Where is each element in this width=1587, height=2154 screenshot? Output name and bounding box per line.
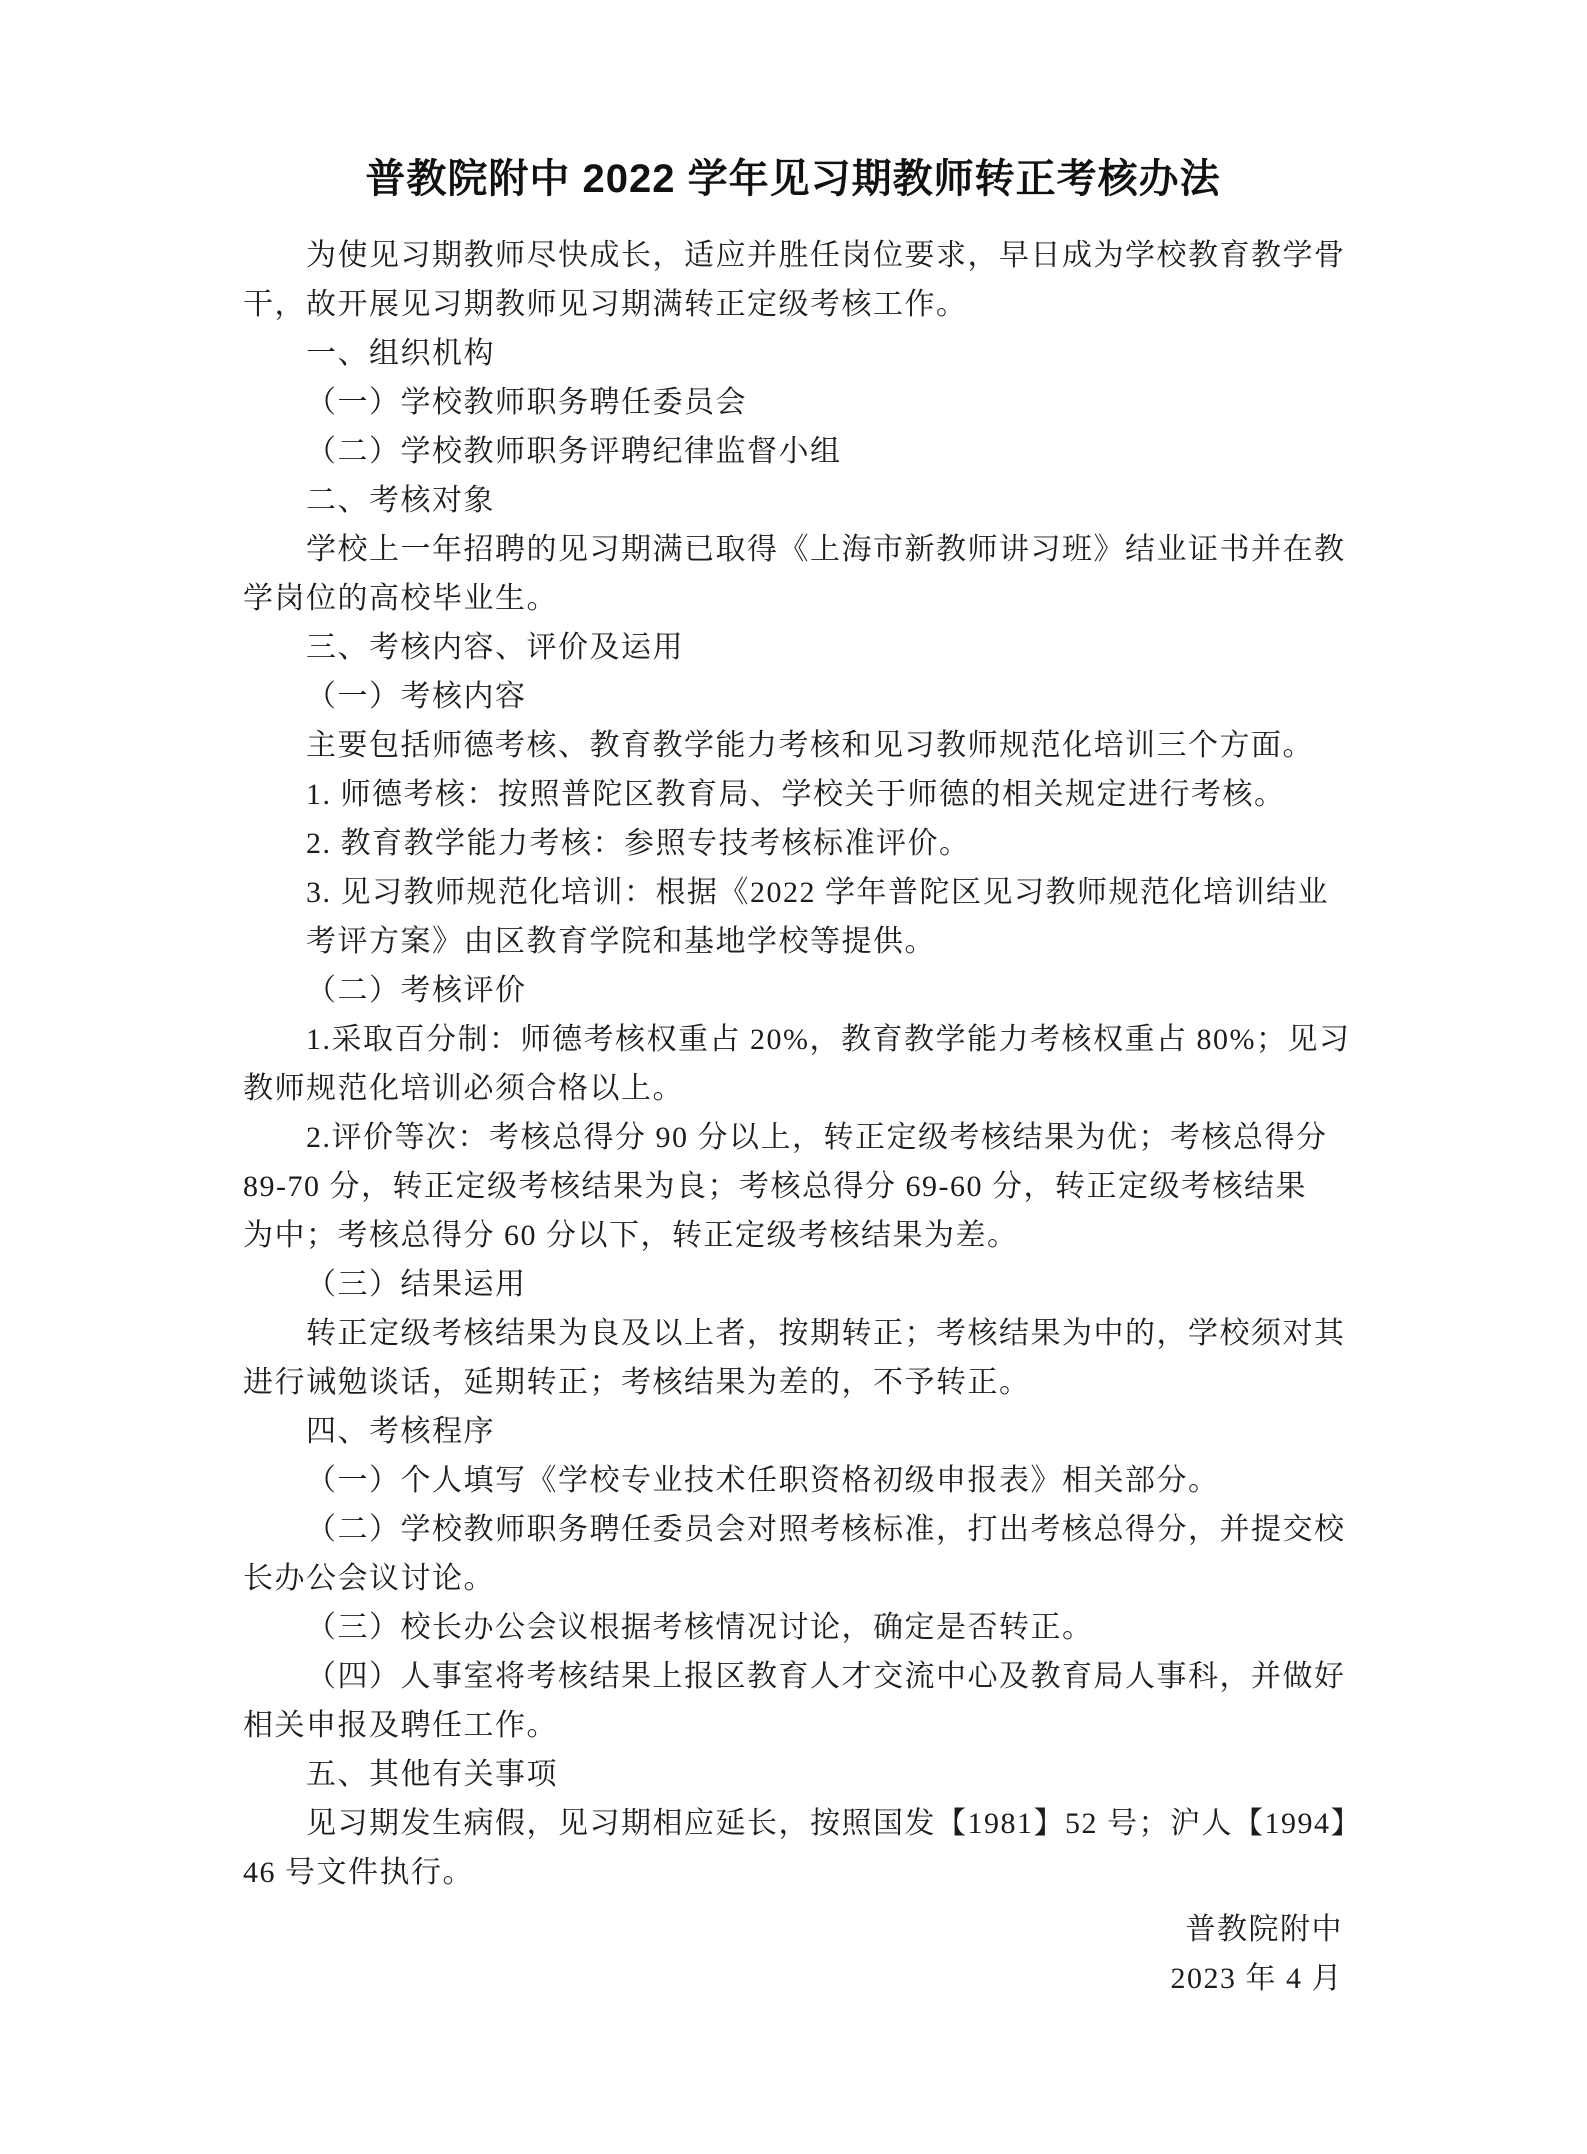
body-line: 转正定级考核结果为良及以上者，按期转正；考核结果为中的，学校须对其 [243,1309,1343,1358]
body-line: 三、考核内容、评价及运用 [243,623,1343,672]
body-line: 进行诫勉谈话，延期转正；考核结果为差的，不予转正。 [243,1358,1343,1407]
document-title: 普教院附中 2022 学年见习期教师转正考核办法 [243,155,1343,203]
body-line: 2. 教育教学能力考核：参照专技考核标准评价。 [243,819,1343,868]
document-content: 普教院附中 2022 学年见习期教师转正考核办法 为使见习期教师尽快成长，适应并… [243,155,1343,2003]
body-line: （三）结果运用 [243,1260,1343,1309]
body-line: 考评方案》由区教育学院和基地学校等提供。 [243,917,1343,966]
body-line: 长办公会议讨论。 [243,1554,1343,1603]
body-line: 四、考核程序 [243,1407,1343,1456]
body-line: 1. 师德考核：按照普陀区教育局、学校关于师德的相关规定进行考核。 [243,770,1343,819]
signature-org: 普教院附中 [243,1905,1343,1954]
body-line: 见习期发生病假，见习期相应延长，按照国发【1981】52 号；沪人【1994】 [243,1799,1343,1848]
body-line: （二）学校教师职务聘任委员会对照考核标准，打出考核总得分，并提交校 [243,1505,1343,1554]
body-line: 3. 见习教师规范化培训：根据《2022 学年普陀区见习教师规范化培训结业 [243,868,1343,917]
document-page: 普教院附中 2022 学年见习期教师转正考核办法 为使见习期教师尽快成长，适应并… [0,0,1587,2154]
body-line: 五、其他有关事项 [243,1750,1343,1799]
body-line: 主要包括师德考核、教育教学能力考核和见习教师规范化培训三个方面。 [243,721,1343,770]
body-line: 89-70 分，转正定级考核结果为良；考核总得分 69-60 分，转正定级考核结… [243,1162,1343,1211]
body-line: 为使见习期教师尽快成长，适应并胜任岗位要求，早日成为学校教育教学骨 [243,231,1343,280]
body-line: （二）考核评价 [243,966,1343,1015]
body-line: （一）个人填写《学校专业技术任职资格初级申报表》相关部分。 [243,1456,1343,1505]
body-line: （四）人事室将考核结果上报区教育人才交流中心及教育局人事科，并做好 [243,1652,1343,1701]
body-line: 一、组织机构 [243,329,1343,378]
body-line: 干，故开展见习期教师见习期满转正定级考核工作。 [243,280,1343,329]
body-line: （二）学校教师职务评聘纪律监督小组 [243,427,1343,476]
body-line: 学岗位的高校毕业生。 [243,574,1343,623]
signature-block: 普教院附中 2023 年 4 月 [243,1905,1343,2003]
body-line: 二、考核对象 [243,476,1343,525]
body-line: （一）学校教师职务聘任委员会 [243,378,1343,427]
body-line: 学校上一年招聘的见习期满已取得《上海市新教师讲习班》结业证书并在教 [243,525,1343,574]
document-body: 为使见习期教师尽快成长，适应并胜任岗位要求，早日成为学校教育教学骨干，故开展见习… [243,231,1343,1897]
body-line: （一）考核内容 [243,672,1343,721]
body-line: 46 号文件执行。 [243,1848,1343,1897]
body-line: （三）校长办公会议根据考核情况讨论，确定是否转正。 [243,1603,1343,1652]
body-line: 1.采取百分制：师德考核权重占 20%，教育教学能力考核权重占 80%；见习 [243,1015,1343,1064]
body-line: 为中；考核总得分 60 分以下，转正定级考核结果为差。 [243,1211,1343,1260]
signature-date: 2023 年 4 月 [243,1954,1343,2003]
body-line: 相关申报及聘任工作。 [243,1701,1343,1750]
body-line: 2.评价等次：考核总得分 90 分以上，转正定级考核结果为优；考核总得分 [243,1113,1343,1162]
body-line: 教师规范化培训必须合格以上。 [243,1064,1343,1113]
